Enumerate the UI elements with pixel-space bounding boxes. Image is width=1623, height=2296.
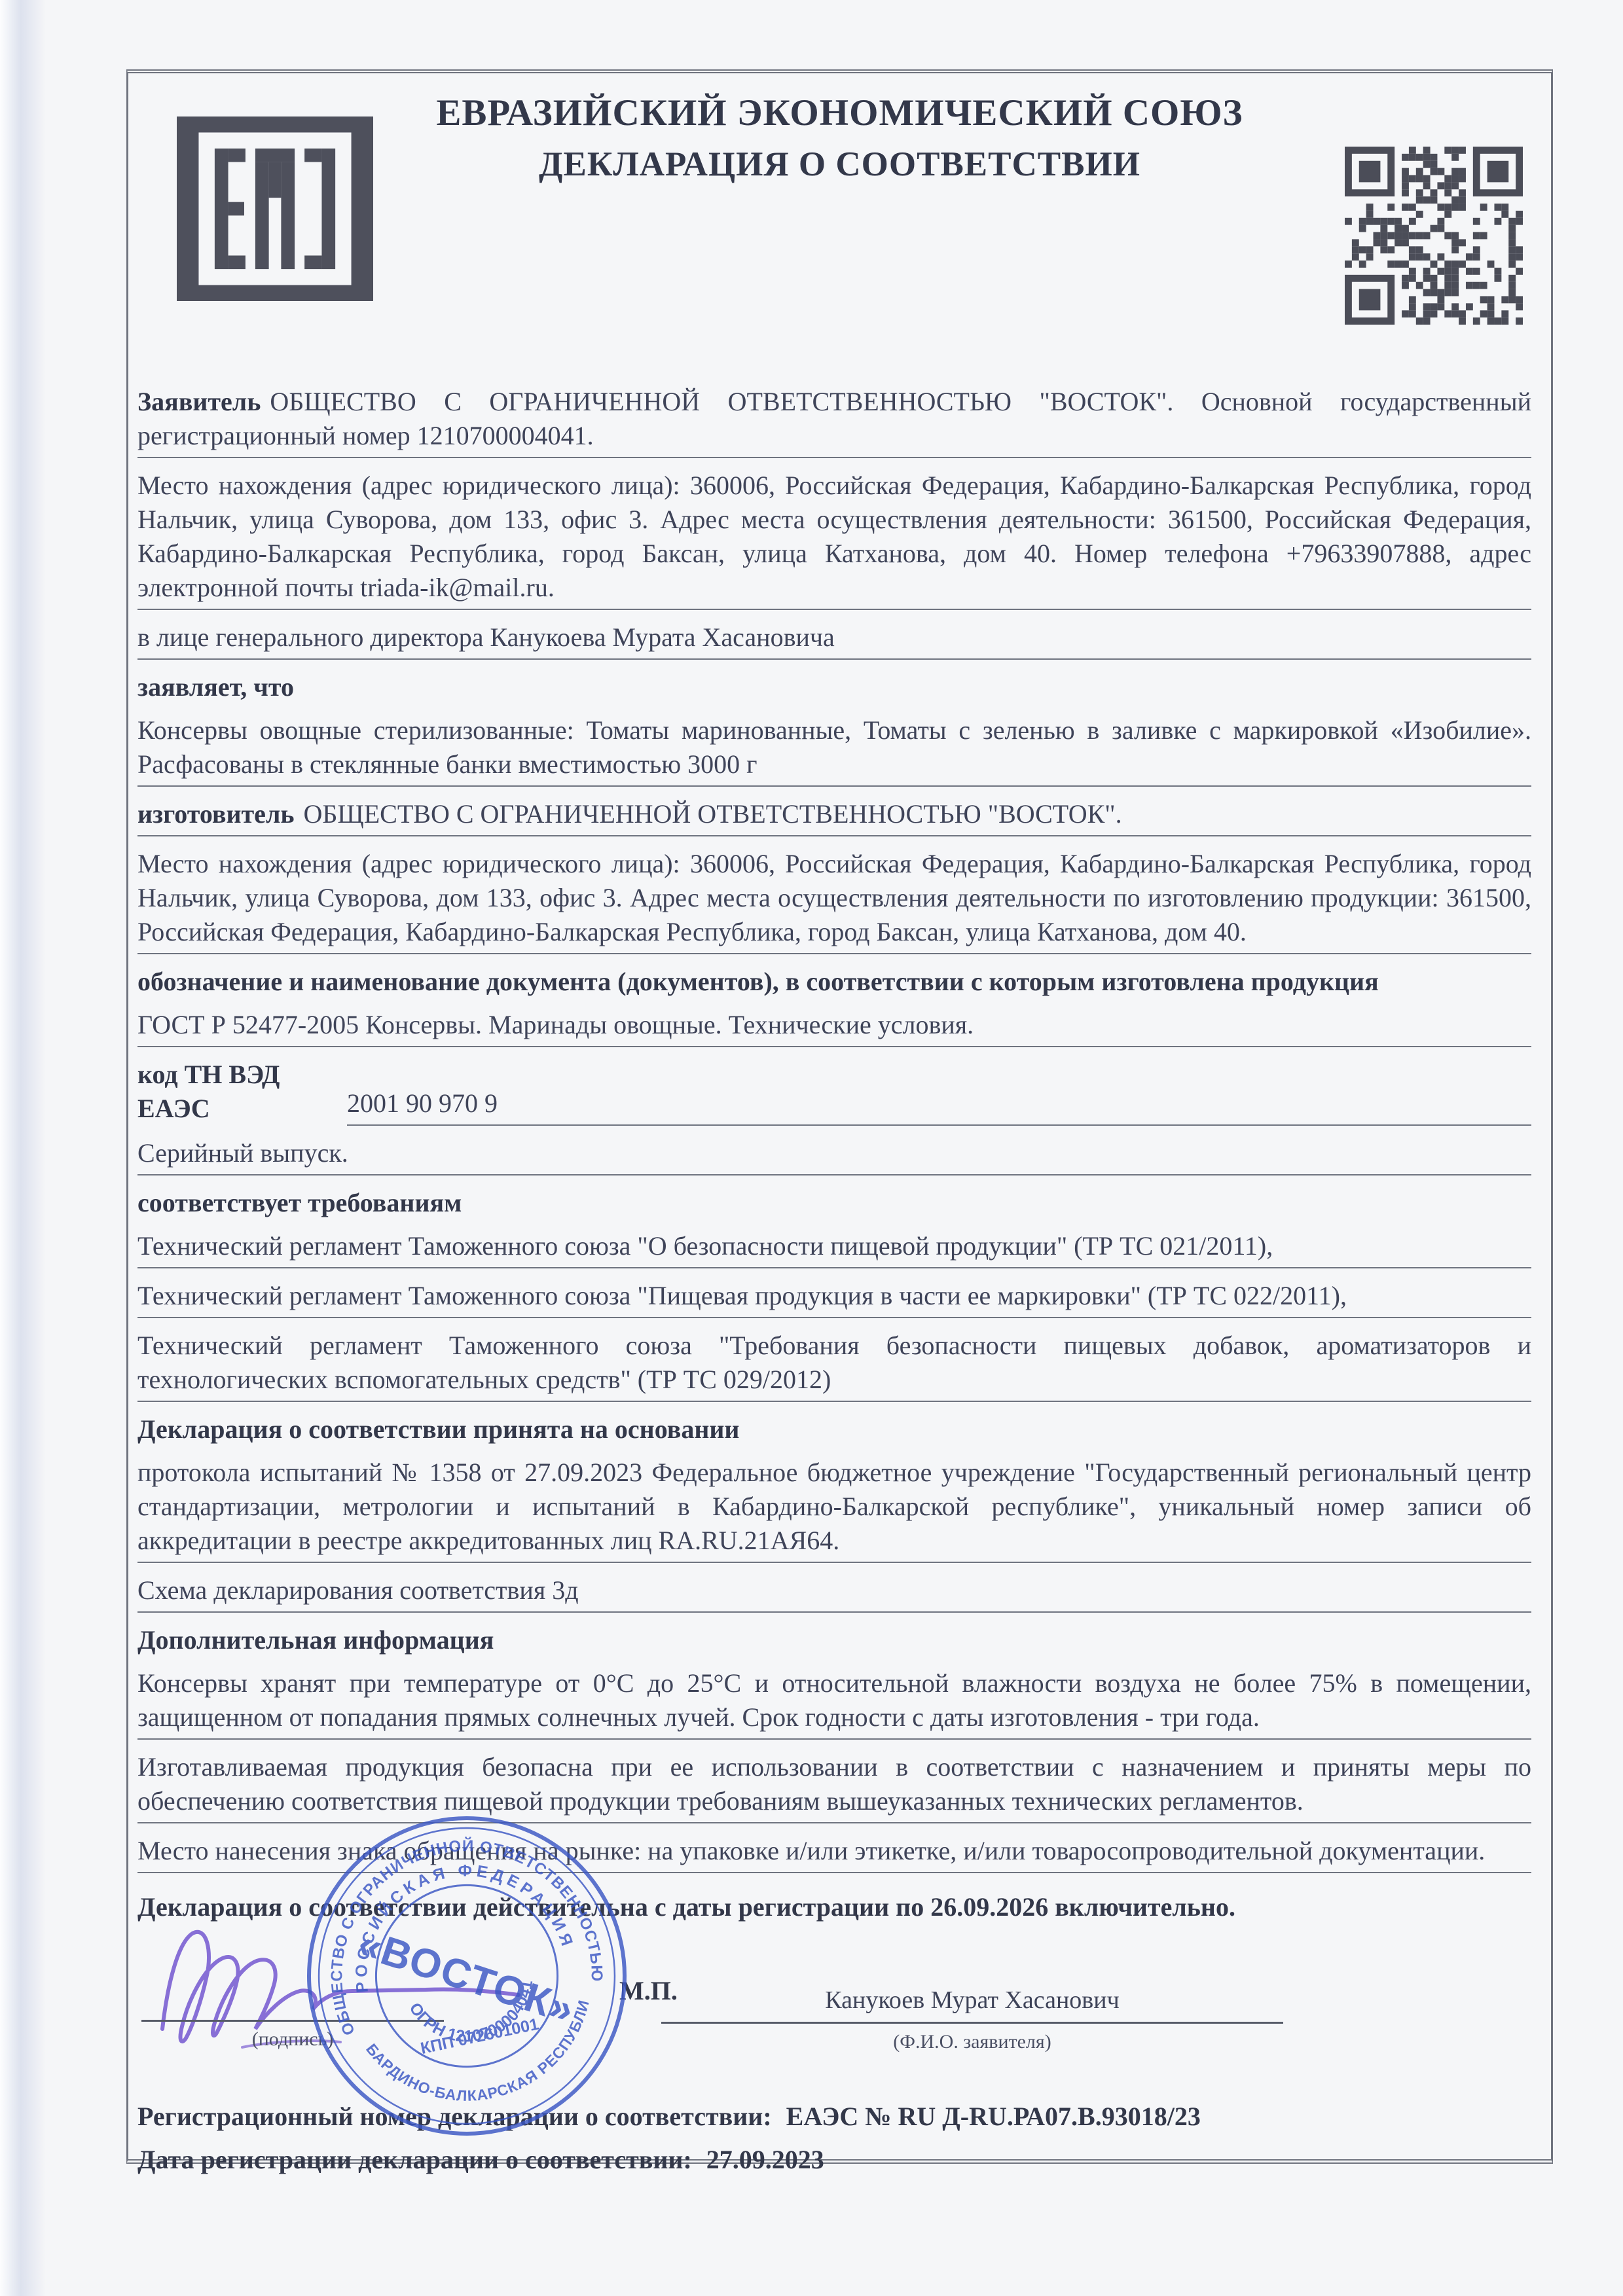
- field-manufacturer: изготовительОБЩЕСТВО С ОГРАНИЧЕННОЙ ОТВЕ…: [137, 797, 1531, 836]
- document-header: ЕВРАЗИЙСКИЙ ЭКОНОМИЧЕСКИЙ СОЮЗ ДЕКЛАРАЦИ…: [128, 73, 1551, 380]
- manufacturer-value: ОБЩЕСТВО С ОГРАНИЧЕННОЙ ОТВЕТСТВЕННОСТЬЮ…: [304, 799, 1122, 829]
- registration-date-value: 27.09.2023: [706, 2145, 824, 2174]
- field-declares: заявляет, что: [137, 670, 1531, 704]
- field-in-person: в лице генерального директора Канукоева …: [137, 620, 1531, 660]
- registration-date-line: Дата регистрации декларации о соответств…: [137, 2143, 1531, 2177]
- manufacturer-label: изготовитель: [137, 799, 295, 829]
- document-page: ЕВРАЗИЙСКИЙ ЭКОНОМИЧЕСКИЙ СОЮЗ ДЕКЛАРАЦИ…: [0, 0, 1623, 2296]
- registration-date-label: Дата регистрации декларации о соответств…: [137, 2145, 692, 2174]
- field-basis-label: Декларация о соответствии принята на осн…: [137, 1412, 1531, 1446]
- applicant-name-block: Канукоев Мурат Хасанович (Ф.И.О. заявите…: [661, 1931, 1283, 2054]
- applicant-value: ОБЩЕСТВО С ОГРАНИЧЕННОЙ ОТВЕТСТВЕННОСТЬЮ…: [137, 387, 1531, 450]
- field-manufacturer-address: Место нахождения (адрес юридического лиц…: [137, 847, 1531, 954]
- field-basis: протокола испытаний № 1358 от 27.09.2023…: [137, 1456, 1531, 1563]
- field-tnved: код ТН ВЭД ЕАЭС 2001 90 970 9: [137, 1058, 1531, 1126]
- field-scheme: Схема декларирования соответствия 3д: [137, 1573, 1531, 1613]
- applicant-name-line: [661, 2022, 1283, 2024]
- eac-mark-icon: [177, 117, 373, 301]
- qr-code: [1345, 147, 1523, 325]
- tnved-value: 2001 90 970 9: [347, 1086, 1531, 1126]
- field-tr3: Технический регламент Таможенного союза …: [137, 1329, 1531, 1402]
- company-round-stamp: • ОБЩЕСТВО С ОГРАНИЧЕННОЙ ОТВЕТСТВЕННОСТ…: [302, 1812, 631, 2140]
- field-tr2: Технический регламент Таможенного союза …: [137, 1279, 1531, 1318]
- field-applicant: ЗаявительОБЩЕСТВО С ОГРАНИЧЕННОЙ ОТВЕТСТ…: [137, 385, 1531, 458]
- document-frame: ЕВРАЗИЙСКИЙ ЭКОНОМИЧЕСКИЙ СОЮЗ ДЕКЛАРАЦИ…: [126, 69, 1553, 2164]
- tnved-label: код ТН ВЭД ЕАЭС: [137, 1058, 347, 1126]
- field-tr1: Технический регламент Таможенного союза …: [137, 1229, 1531, 1268]
- applicant-name-caption: (Ф.И.О. заявителя): [661, 2029, 1283, 2054]
- field-additional-label: Дополнительная информация: [137, 1623, 1531, 1657]
- field-storage: Консервы хранят при температуре от 0°С д…: [137, 1666, 1531, 1740]
- applicant-name: Канукоев Мурат Хасанович: [661, 1931, 1283, 2017]
- registration-number-value: ЕАЭС № RU Д-RU.РА07.В.93018/23: [786, 2102, 1201, 2131]
- field-doc-designation: обозначение и наименование документа (до…: [137, 965, 1531, 999]
- field-product: Консервы овощные стерилизованные: Томаты…: [137, 713, 1531, 787]
- scan-edge-shadow: [0, 0, 46, 2296]
- field-applicant-address: Место нахождения (адрес юридического лиц…: [137, 469, 1531, 610]
- field-serial: Серийный выпуск.: [137, 1136, 1531, 1175]
- field-complies: соответствует требованиям: [137, 1186, 1531, 1220]
- applicant-label: Заявитель: [137, 387, 261, 416]
- field-gost: ГОСТ Р 52477-2005 Консервы. Маринады ово…: [137, 1008, 1531, 1047]
- stamp-center-text: «ВОСТОК»: [353, 1921, 581, 2034]
